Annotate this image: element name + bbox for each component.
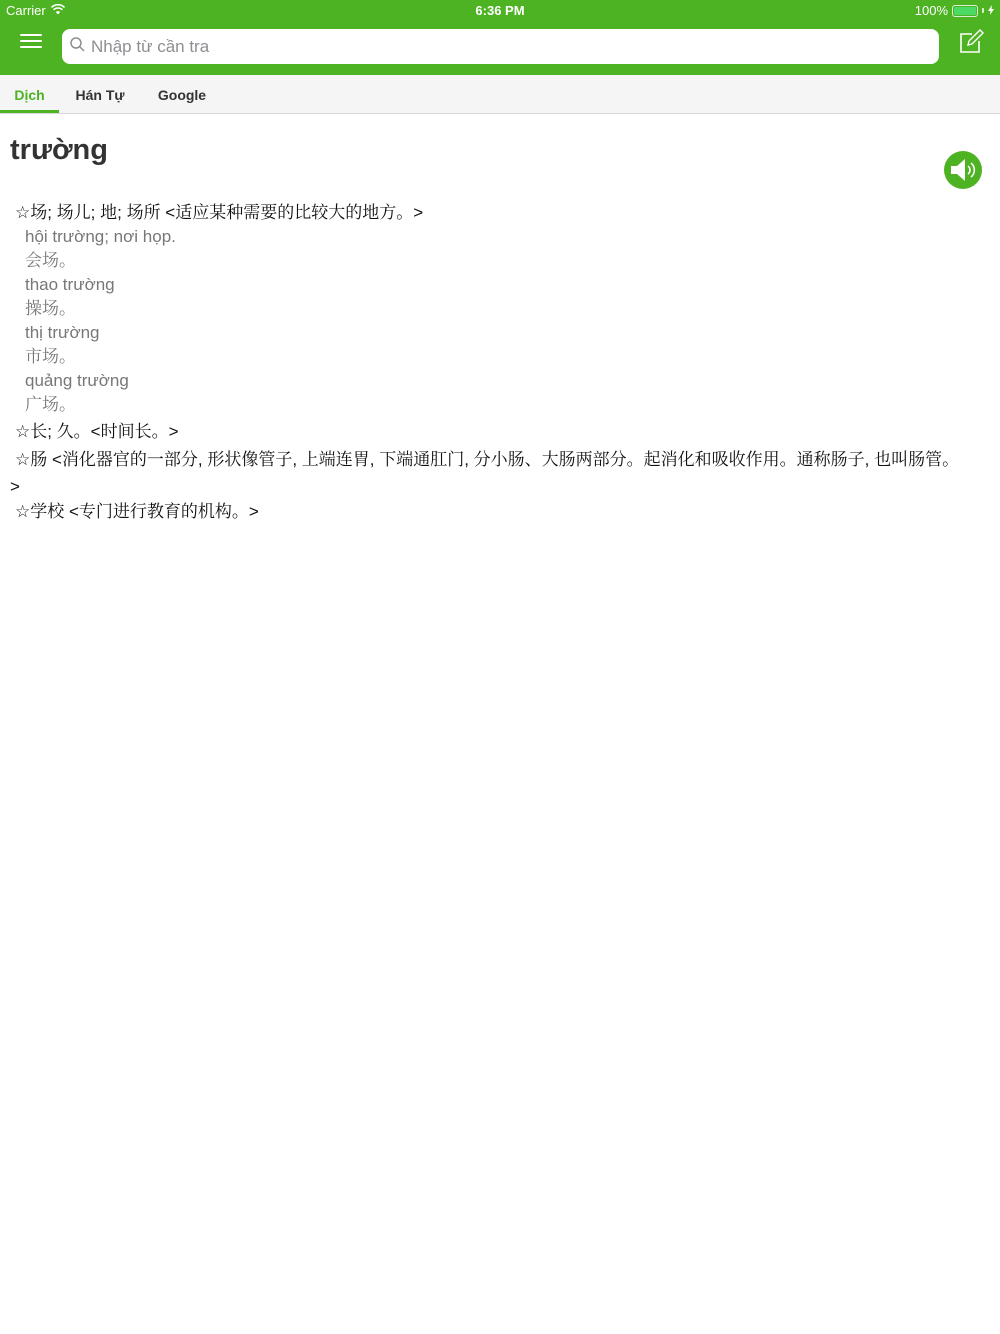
definition-meaning: ☆长; 久。<时间长。> (10, 420, 990, 444)
tab-bar: Dịch Hán Tự Google (0, 75, 1000, 114)
battery-tip (982, 8, 984, 13)
hamburger-line (20, 46, 42, 48)
word-title: trường (10, 134, 990, 174)
status-bar: Carrier 6:36 PM 100% (0, 0, 1000, 22)
battery-info: 100% (915, 3, 994, 18)
example-line: 广场。 (10, 393, 990, 417)
example-line: 市场。 (10, 345, 990, 369)
tab-han-tu[interactable]: Hán Tự (59, 75, 141, 113)
search-bar[interactable] (62, 29, 939, 64)
pronounce-button[interactable] (944, 151, 982, 189)
definition-meaning: ☆场; 场儿; 地; 场所 <适应某种需要的比较大的地方。> (10, 201, 990, 225)
compose-icon (958, 29, 984, 55)
example-line: thị trường (10, 321, 990, 345)
example-line: 操场。 (10, 297, 990, 321)
example-line: hội trường; nơi họp. (10, 225, 990, 249)
status-time: 6:36 PM (0, 3, 1000, 18)
definition-list: ☆场; 场儿; 地; 场所 <适应某种需要的比较大的地方。> hội trườn… (10, 201, 990, 524)
speaker-icon (948, 155, 978, 185)
tab-google[interactable]: Google (141, 75, 223, 113)
definition-meaning: ☆学校 <专门进行教育的机构。> (10, 500, 990, 524)
toolbar (0, 29, 1000, 65)
battery-percent: 100% (915, 3, 948, 18)
search-input[interactable] (91, 37, 873, 57)
app-header: Carrier 6:36 PM 100% (0, 0, 1000, 75)
search-icon (70, 37, 85, 57)
example-line: 会场。 (10, 249, 990, 273)
charging-icon (988, 3, 994, 18)
hamburger-line (20, 40, 42, 42)
example-line: quảng trường (10, 369, 990, 393)
menu-button[interactable] (20, 34, 42, 52)
dictionary-content: trường ☆场; 场儿; 地; 场所 <适应某种需要的比较大的地方。> hộ… (0, 134, 1000, 524)
edit-button[interactable] (958, 29, 984, 55)
example-line: thao trường (10, 273, 990, 297)
definition-meaning: ☆肠 <消化器官的一部分, 形状像管子, 上端连胃, 下端通肛门, 分小肠、大肠… (10, 446, 990, 500)
battery-icon (952, 5, 978, 17)
hamburger-icon (20, 34, 42, 36)
tab-dich[interactable]: Dịch (0, 75, 59, 113)
